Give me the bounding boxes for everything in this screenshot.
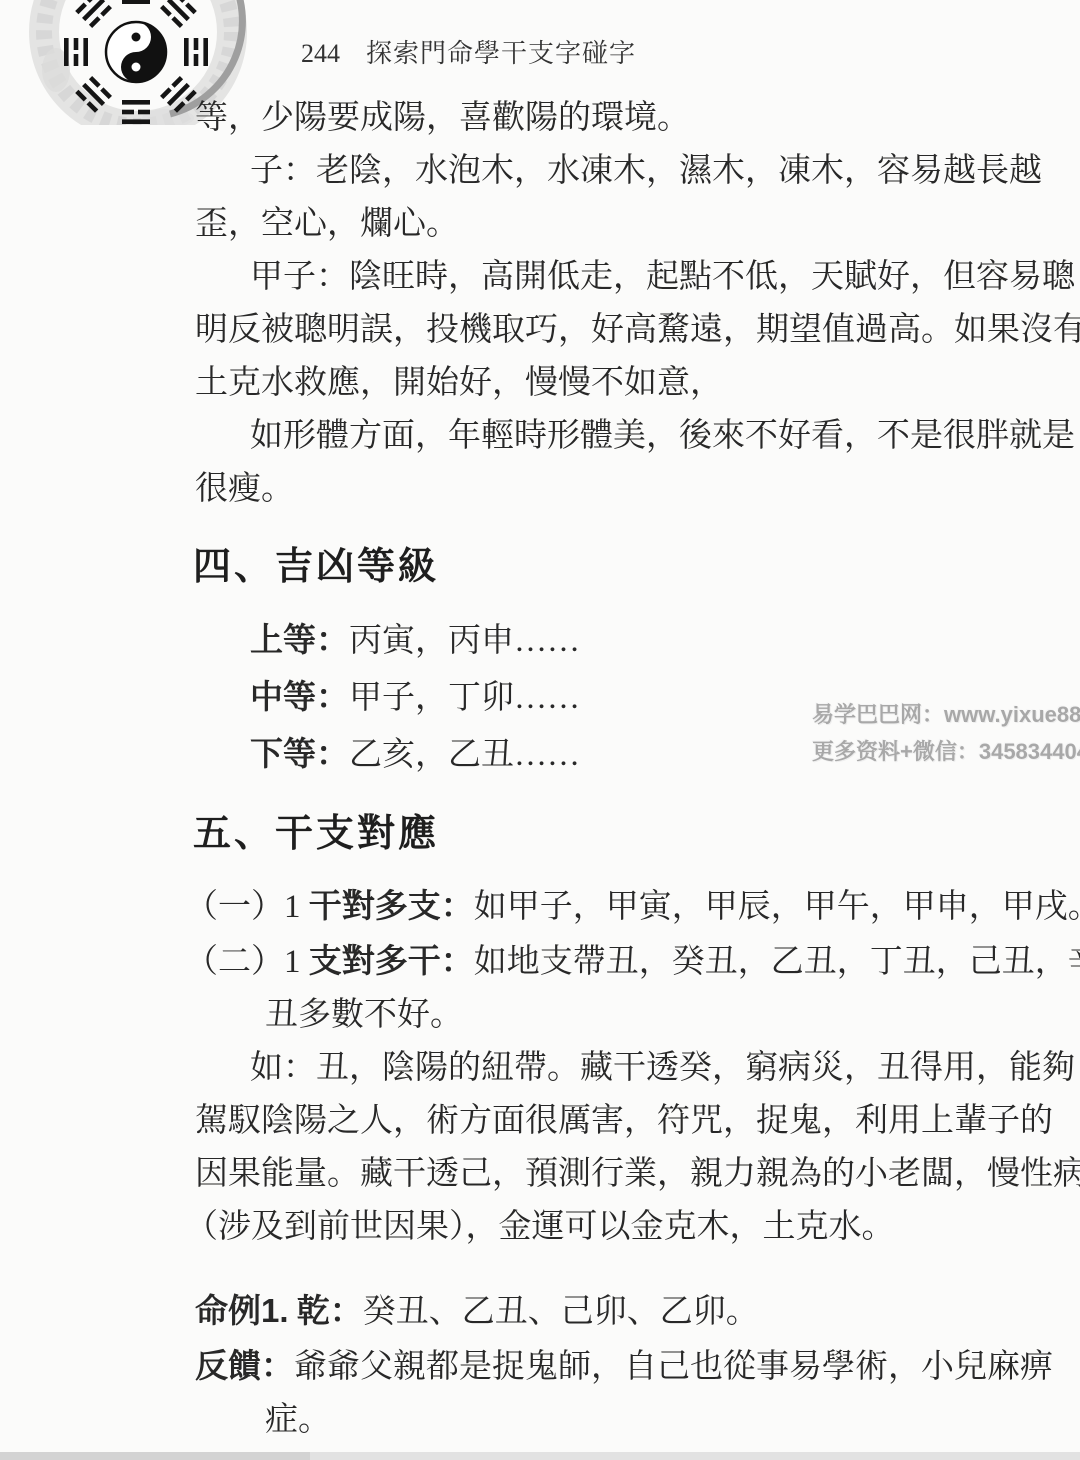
text-line: 明反被聰明誤，投機取巧，好高騖遠，期望值過高。如果沒有 [195,304,995,357]
scan-edge-artifact [0,1452,1080,1460]
bold-text-run: 下等： [250,735,349,772]
text-line: （涉及到前世因果），金運可以金克木，土克水。 [195,1201,995,1254]
text-run: 症。 [265,1402,331,1438]
watermark: 易学巴巴网：www.yixue88.cn 更多资料+微信：3458344044 [812,696,1080,770]
text-run: 丑多數不好。 [265,997,463,1033]
bold-text-run: 五、干支對應 [193,813,439,855]
text-run [289,1294,297,1330]
watermark-site: 易学巴巴网：www.yixue88.cn [812,696,1080,733]
text-run: 因果能量。藏干透己，預測行業，親力親為的小老闆，慢性病 [195,1156,1080,1192]
text-line: 症。 [195,1394,995,1447]
text-line: 反饋：爺爺父親都是捉鬼師，自己也從事易學術，小兒麻痹 [195,1339,995,1394]
text-run: 如甲子，甲寅，甲辰，甲午，甲申，甲戌。 [474,889,1080,925]
bold-text-run: 四、吉凶等級 [193,546,439,588]
text-run: 明反被聰明誤，投機取巧，好高騖遠，期望值過高。如果沒有 [195,312,1080,348]
page-number: 244 [301,39,340,68]
text-block: 甲子：陰旺時，高開低走，起點不低，天賦好，但容易聰明反被聰明誤，投機取巧，好高騖… [195,251,995,410]
watermark-wechat: 更多资料+微信：3458344044 [812,733,1080,770]
text-line: 甲子：陰旺時，高開低走，起點不低，天賦好，但容易聰 [195,251,995,304]
text-run: 甲子：陰旺時，高開低走，起點不低，天賦好，但容易聰 [250,259,1075,295]
book-title: 探索門命學干支字碰字 [366,39,636,68]
text-block: 命例1. 乾：癸丑、乙丑、己卯、乙卯。反饋：爺爺父親都是捉鬼師，自己也從事易學術… [195,1284,995,1447]
text-run: 爺爺父親都是捉鬼師，自己也從事易學術，小兒麻痹 [294,1349,1053,1385]
bold-text-run: 乾： [297,1292,363,1329]
text-run: 丙寅，丙申…… [349,623,580,659]
text-run: 駕馭陰陽之人，術方面很厲害，符咒，捉鬼，利用上輩子的 [195,1103,1053,1139]
bold-text-run: 命例1. [195,1292,289,1329]
text-run: 很瘦。 [195,471,294,507]
text-line: 很瘦。 [195,463,995,516]
text-line: 駕馭陰陽之人，術方面很厲害，符咒，捉鬼，利用上輩子的 [195,1095,995,1148]
text-line: 歪，空心，爛心。 [195,198,995,251]
text-run: 甲子，丁卯…… [349,680,580,716]
text-block: 如：丑，陰陽的紐帶。藏干透癸，窮病災，丑得用，能夠駕馭陰陽之人，術方面很厲害，符… [195,1042,995,1254]
text-block: 如形體方面，年輕時形體美，後來不好看，不是很胖就是很瘦。 [195,410,995,516]
text-block: （一）1 干對多支：如甲子，甲寅，甲辰，甲午，甲申，甲戌。（二）1 支對多干：如… [195,879,995,1042]
bold-text-run: 反饋： [195,1347,294,1384]
text-line: 子：老陰，水泡木，水凍木，濕木，凍木，容易越長越 [195,145,995,198]
text-line: 丑多數不好。 [195,989,995,1042]
section-heading: 四、吉凶等級 [193,542,995,592]
text-line: 如：丑，陰陽的紐帶。藏干透癸，窮病災，丑得用，能夠 [195,1042,995,1095]
bold-text-run: 干對多支： [309,887,474,924]
text-line: 因果能量。藏干透己，預測行業，親力親為的小老闆，慢性病 [195,1148,995,1201]
text-line: 等，少陽要成陽，喜歡陽的環境。 [195,92,995,145]
bold-text-run: 支對多干： [309,942,474,979]
text-run: （一）1 [185,889,309,925]
text-block: 子：老陰，水泡木，水凍木，濕木，凍木，容易越長越歪，空心，爛心。 [195,145,995,251]
text-run: 如地支帶丑，癸丑，乙丑，丁丑，己丑，辛 [474,944,1080,980]
text-run: （涉及到前世因果），金運可以金克木，土克水。 [185,1209,895,1245]
text-run: 如形體方面，年輕時形體美，後來不好看，不是很胖就是 [250,418,1075,454]
text-run: 等，少陽要成陽，喜歡陽的環境。 [195,100,690,136]
scanned-book-page: { "page": { "number": "244", "book_title… [0,0,1080,1460]
text-run: 癸丑、乙丑、己卯、乙卯。 [363,1294,759,1330]
text-line: 土克水救應，開始好，慢慢不如意， [195,357,995,410]
section-heading: 五、干支對應 [193,809,995,859]
text-line: 五、干支對應 [193,809,995,859]
text-line: 如形體方面，年輕時形體美，後來不好看，不是很胖就是 [195,410,995,463]
text-run: 歪，空心，爛心。 [195,206,459,242]
page-header: 244探索門命學干支字碰字 [301,33,636,70]
bold-text-run: 中等： [250,678,349,715]
text-block: 等，少陽要成陽，喜歡陽的環境。 [195,92,995,145]
text-run: 子：老陰，水泡木，水凍木，濕木，凍木，容易越長越 [250,153,1042,189]
bold-text-run: 上等： [250,621,349,658]
text-line: 命例1. 乾：癸丑、乙丑、己卯、乙卯。 [195,1284,995,1339]
text-run: 土克水救應，開始好，慢慢不如意， [195,365,723,401]
text-line: （二）1 支對多干：如地支帶丑，癸丑，乙丑，丁丑，己丑，辛 [195,934,995,989]
text-line: 上等：丙寅，丙申…… [195,612,995,669]
text-run: 乙亥，乙丑…… [349,737,580,773]
text-line: （一）1 干對多支：如甲子，甲寅，甲辰，甲午，甲申，甲戌。 [195,879,995,934]
text-line: 四、吉凶等級 [193,542,995,592]
text-run: 如：丑，陰陽的紐帶。藏干透癸，窮病災，丑得用，能夠 [250,1050,1075,1086]
text-run: （二）1 [185,944,309,980]
